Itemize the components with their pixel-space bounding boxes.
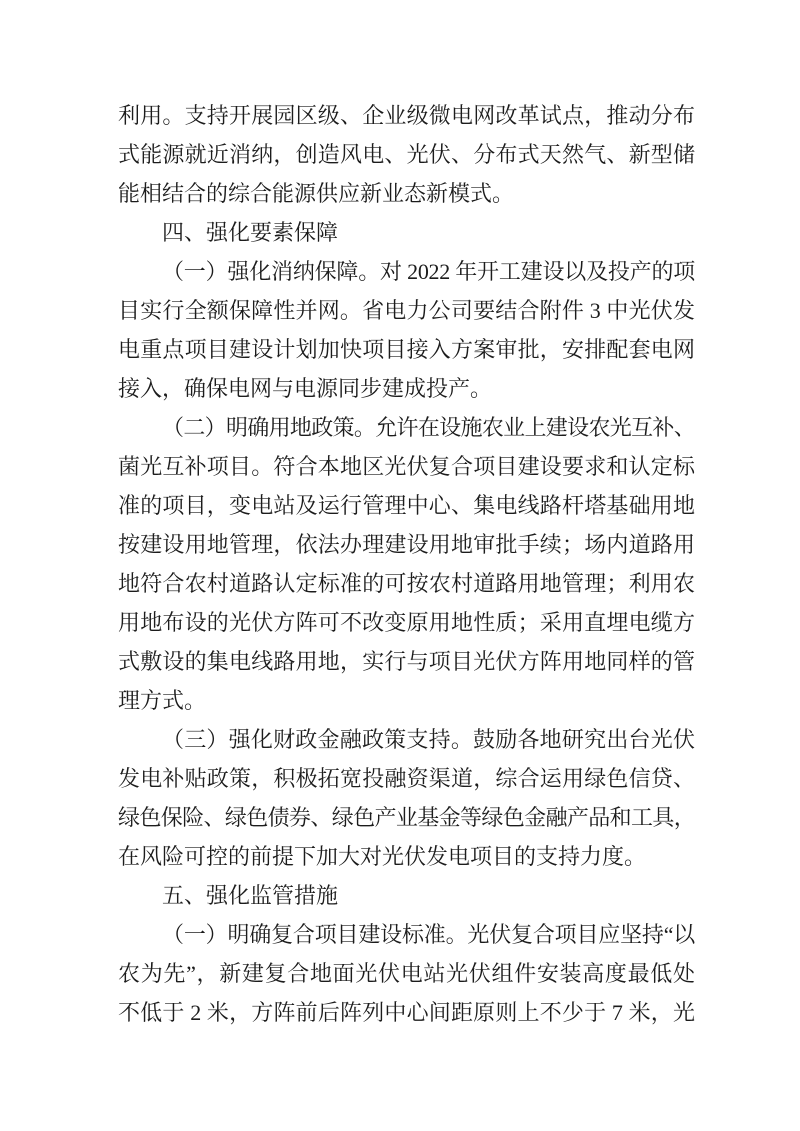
document-line: 准的项目，变电站及运行管理中心、集电线路杆塔基础用地 <box>118 486 695 525</box>
document-line: 不低于 2 米，方阵前后阵列中心间距原则上不少于 7 米，光 <box>118 993 695 1032</box>
document-line: 按建设用地管理，依法办理建设用地审批手续；场内道路用 <box>118 525 695 564</box>
document-line: 理方式。 <box>118 681 695 720</box>
document-line: （三）强化财政金融政策支持。鼓励各地研究出台光伏 <box>118 720 695 759</box>
document-page: 利用。支持开展园区级、企业级微电网改革试点，推动分布式能源就近消纳，创造风电、光… <box>0 0 800 1131</box>
document-line: （一）明确复合项目建设标准。光伏复合项目应坚持“以 <box>118 915 695 954</box>
document-line: 农为先”，新建复合地面光伏电站光伏组件安装高度最低处 <box>118 954 695 993</box>
document-line: 用地布设的光伏方阵可不改变原用地性质；采用直埋电缆方 <box>118 603 695 642</box>
document-line: 接入，确保电网与电源同步建成投产。 <box>118 369 695 408</box>
document-line: 目实行全额保障性并网。省电力公司要结合附件 3 中光伏发 <box>118 291 695 330</box>
document-line: 式能源就近消纳，创造风电、光伏、分布式天然气、新型储 <box>118 135 695 174</box>
document-line: 利用。支持开展园区级、企业级微电网改革试点，推动分布 <box>118 96 695 135</box>
document-line: 五、强化监管措施 <box>118 876 695 915</box>
document-line: 绿色保险、绿色债券、绿色产业基金等绿色金融产品和工具， <box>118 798 695 837</box>
document-line: 能相结合的综合能源供应新业态新模式。 <box>118 174 695 213</box>
document-line: 在风险可控的前提下加大对光伏发电项目的支持力度。 <box>118 837 695 876</box>
document-body: 利用。支持开展园区级、企业级微电网改革试点，推动分布式能源就近消纳，创造风电、光… <box>118 96 695 1032</box>
document-line: 式敷设的集电线路用地，实行与项目光伏方阵用地同样的管 <box>118 642 695 681</box>
document-line: 发电补贴政策，积极拓宽投融资渠道，综合运用绿色信贷、 <box>118 759 695 798</box>
document-line: 地符合农村道路认定标准的可按农村道路用地管理；利用农 <box>118 564 695 603</box>
document-line: （一）强化消纳保障。对 2022 年开工建设以及投产的项 <box>118 252 695 291</box>
document-line: 电重点项目建设计划加快项目接入方案审批，安排配套电网 <box>118 330 695 369</box>
document-line: 菌光互补项目。符合本地区光伏复合项目建设要求和认定标 <box>118 447 695 486</box>
document-line: （二）明确用地政策。允许在设施农业上建设农光互补、 <box>118 408 695 447</box>
document-line: 四、强化要素保障 <box>118 213 695 252</box>
